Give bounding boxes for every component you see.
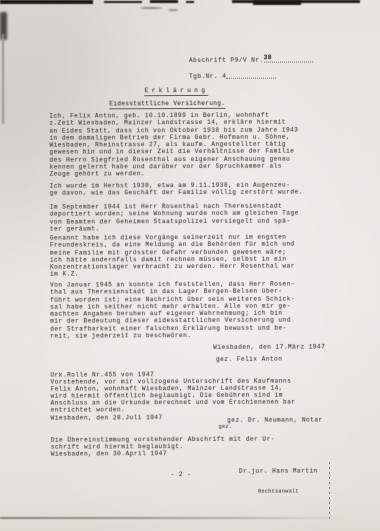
text-line: Zeuge gehört zu werden. <box>50 169 330 177</box>
seal-mark: gez. <box>219 424 233 431</box>
text-line: im K.Z. <box>50 270 330 278</box>
document-content: Abschrift P9/V Nr.38 Tgb.Nr. 4 Erklärung… <box>0 0 380 531</box>
underline-blank <box>272 57 314 64</box>
notary-block: Urk.Rolle Nr.455 von 1947Vorstehende, vo… <box>50 370 330 421</box>
attorney-title: Rechtsanwalt <box>231 489 326 497</box>
scanned-document-page: Abschrift P9/V Nr.38 Tgb.Nr. 4 Erklärung… <box>0 0 380 531</box>
witness-signature: gez. Felix Anton <box>50 356 282 364</box>
text-line: reit, sie jederzeit zu beschwören. <box>50 331 330 339</box>
copy-number-underline: 38 <box>264 57 314 63</box>
text-line: ter geräumt. <box>50 224 330 232</box>
document-subtitle-text: Eidesstattliche Versicherung. <box>109 100 225 109</box>
text-line: von Beamten der Geheimen Staatspolizei v… <box>50 217 330 225</box>
attorney-signature: Dr.jur. Hans Martin Rechtsanwalt <box>231 452 326 510</box>
paragraph: Im September 1944 ist Herr Rosenthal nac… <box>50 202 330 232</box>
text-line: Freundeskreis, da eine Meldung an die Be… <box>50 241 330 249</box>
paragraph: Genannt habe ich diese Vorgänge seinerze… <box>50 233 330 278</box>
notary-signature: gez. Dr. Neumann, Notar <box>51 416 323 424</box>
paragraph: Ich, Felix Anton, geb. 10.10.1899 in Ber… <box>49 111 329 177</box>
copy-number: 38 <box>264 54 272 61</box>
paragraph: Ich wurde im Herbst 1938, etwa am 9.11.1… <box>50 181 330 197</box>
scan-artifact-fold-line <box>329 462 330 520</box>
text-line: Konzentrationslager verbracht zu werden.… <box>50 262 330 270</box>
text-line: mir der Bedeutung dieser eidesstattliche… <box>50 317 330 325</box>
page-marker: - 2 - <box>41 470 321 478</box>
dateline: Wiesbaden, den 17.März 1947 <box>50 343 325 351</box>
journal-underline <box>226 73 276 79</box>
scan-artifact-bottom-scratch <box>0 517 345 519</box>
text-line: ge davon, wie das Geschäft der Familie v… <box>50 189 330 197</box>
copy-label: Abschrift P9/V Nr. <box>189 57 264 64</box>
paragraph: Von Januar 1945 an konnte ich feststelle… <box>50 280 330 339</box>
